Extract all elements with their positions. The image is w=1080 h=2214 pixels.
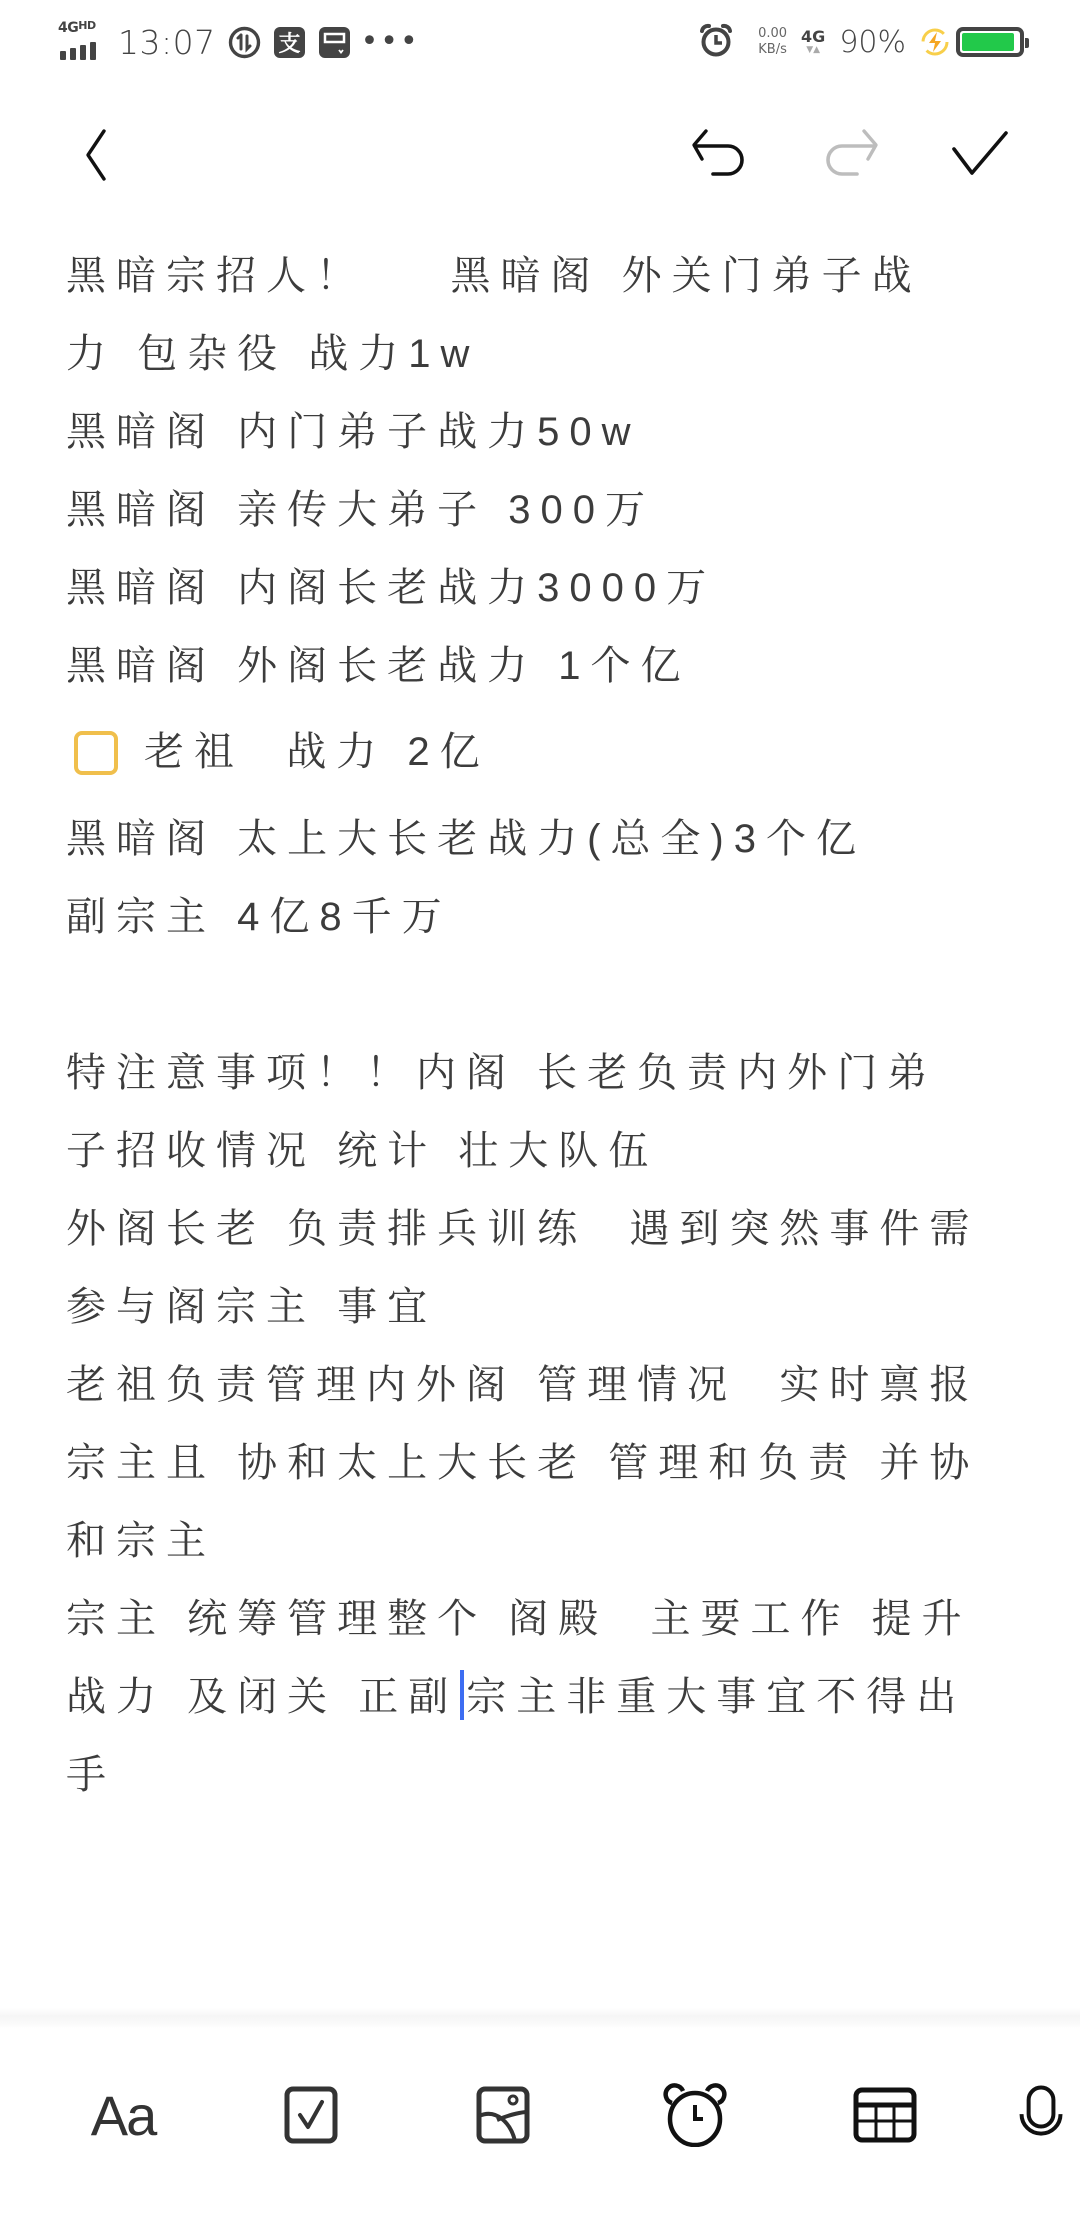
reminder-button[interactable]: [640, 2060, 750, 2170]
note-line[interactable]: 黑暗阁 亲传大弟子 300万: [66, 471, 1026, 549]
todo-item-text[interactable]: 老祖 战力 2亿: [144, 705, 490, 800]
cellular-signal-icon: 4GHD: [58, 20, 106, 64]
checkmark-icon: [948, 127, 1012, 183]
note-line[interactable]: 和宗主: [66, 1502, 1026, 1580]
voice-input-button[interactable]: [1018, 2060, 1080, 2170]
done-button[interactable]: [940, 110, 1020, 200]
image-icon: [475, 2086, 531, 2144]
note-body-editor[interactable]: 黑暗宗招人！ 黑暗阁 外关门弟子战 力 包杂役 战力1w 黑暗阁 内门弟子战力5…: [66, 237, 1026, 1814]
chevron-left-icon: [76, 127, 116, 183]
network-speed-value: 0.00: [758, 26, 787, 42]
note-line[interactable]: 黑暗阁 内阁长老战力3000万: [66, 549, 1026, 627]
insert-table-button[interactable]: [830, 2060, 940, 2170]
status-bar-right: 0.00 KB/s 4G ▼▲ 90%: [698, 18, 1024, 66]
note-line[interactable]: 手: [66, 1736, 1026, 1814]
note-line[interactable]: 子招收情况 统计 壮大队伍: [66, 1112, 1026, 1190]
mobile-data-indicator: 4G ▼▲: [801, 29, 825, 55]
note-text-after-caret[interactable]: 宗主非重大事宜不得出: [466, 1675, 966, 1719]
mobile-data-label: 4G: [801, 29, 825, 45]
todo-item[interactable]: 老祖 战力 2亿: [66, 705, 1026, 800]
formatting-toolbar: Aa: [0, 2060, 1080, 2170]
battery-percentage: 90%: [839, 25, 906, 60]
note-line[interactable]: 宗主 统筹管理整个 阁殿 主要工作 提升: [66, 1580, 1026, 1658]
back-button[interactable]: [56, 110, 136, 200]
clock: 13:07: [118, 23, 216, 62]
more-notifications-icon: •••: [361, 27, 420, 57]
note-line[interactable]: 力 包杂役 战力1w: [66, 315, 1026, 393]
network-speed-unit: KB/s: [758, 42, 787, 58]
hd-label: HD: [78, 19, 95, 32]
note-line[interactable]: 黑暗阁 太上大长老战力(总全)3个亿: [66, 800, 1026, 878]
toolbar-divider: [0, 2008, 1080, 2028]
undo-icon: [688, 127, 752, 183]
editor-top-bar: [0, 110, 1080, 200]
battery-icon: [956, 27, 1024, 57]
note-line[interactable]: 副宗主 4亿8千万: [66, 878, 1026, 956]
alarm-clock-icon: [698, 22, 734, 62]
note-line[interactable]: 参与阁宗主 事宜: [66, 1268, 1026, 1346]
checklist-button[interactable]: [256, 2060, 366, 2170]
text-cursor: [460, 1670, 464, 1720]
note-line[interactable]: 外阁长老 负责排兵训练 遇到突然事件需: [66, 1190, 1026, 1268]
note-line-with-caret[interactable]: 战力 及闭关 正副宗主非重大事宜不得出: [66, 1658, 1026, 1736]
note-line[interactable]: 黑暗阁 外阁长老战力 1个亿: [66, 627, 1026, 705]
redo-button[interactable]: [810, 110, 890, 200]
wallet-card-icon: [318, 26, 351, 59]
network-speed: 0.00 KB/s: [758, 26, 787, 58]
alarm-clock-icon: [663, 2083, 727, 2147]
charging-bolt-icon: [920, 27, 950, 57]
svg-text:支: 支: [278, 31, 300, 57]
table-icon: [853, 2087, 917, 2143]
note-line[interactable]: 宗主且 协和太上大长老 管理和负责 并协: [66, 1424, 1026, 1502]
notes-editor-screen: 4GHD 13:07 支 ••• 0.00 KB/s: [0, 0, 1080, 2214]
data-saver-icon: [228, 26, 261, 59]
text-format-button[interactable]: Aa: [68, 2060, 178, 2170]
note-line[interactable]: 老祖负责管理内外阁 管理情况 实时禀报: [66, 1346, 1026, 1424]
data-activity-arrows-icon: ▼▲: [801, 45, 825, 55]
checkbox-icon: [283, 2086, 339, 2144]
network-type-label: 4G: [58, 20, 78, 36]
status-bar: 4GHD 13:07 支 ••• 0.00 KB/s: [0, 0, 1080, 84]
undo-button[interactable]: [680, 110, 760, 200]
microphone-icon: [1018, 2080, 1080, 2150]
status-bar-left: 4GHD 13:07 支 •••: [58, 20, 420, 64]
note-line[interactable]: 黑暗阁 内门弟子战力50w: [66, 393, 1026, 471]
alipay-icon: 支: [273, 26, 306, 59]
text-format-icon: Aa: [91, 2083, 156, 2148]
note-line[interactable]: 黑暗宗招人！ 黑暗阁 外关门弟子战: [66, 237, 1026, 315]
note-line[interactable]: 特注意事项！！内阁 长老负责内外门弟: [66, 1034, 1026, 1112]
note-blank-line[interactable]: [66, 956, 1026, 1034]
redo-icon: [818, 127, 882, 183]
note-text-before-caret[interactable]: 战力 及闭关 正副: [66, 1675, 458, 1719]
insert-image-button[interactable]: [448, 2060, 558, 2170]
todo-checkbox[interactable]: [74, 731, 118, 775]
